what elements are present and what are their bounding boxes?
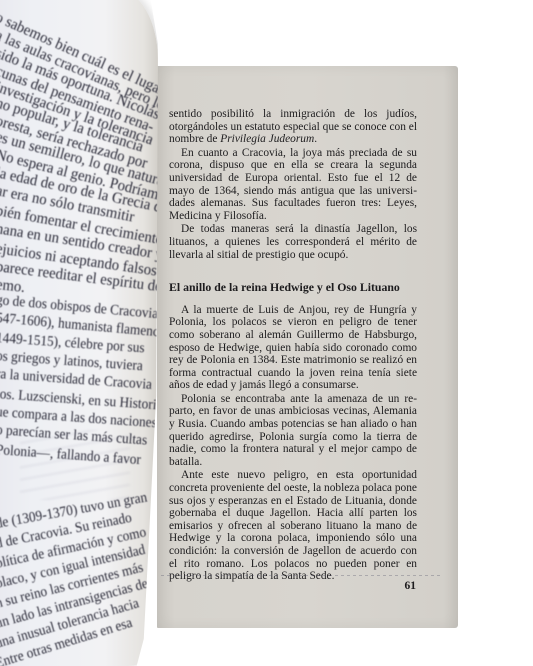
period: . xyxy=(314,133,317,145)
paragraph-cracovia: En cuanto a Cracovia, la joya más precia… xyxy=(169,147,417,223)
section-heading: El anillo de la reina Hedwige y el Oso L… xyxy=(169,281,417,294)
paragraph-luis-de-anjou: A la muerte de Luis de Anjou, rey de Hun… xyxy=(169,304,417,392)
right-page: sentido posibilitó la inmigración de los… xyxy=(157,66,458,628)
left-page-faint-area xyxy=(20,430,130,500)
page-number: 61 xyxy=(405,580,417,592)
paragraph-jagellon-dynasty: De todas maneras será la dinastía Jagell… xyxy=(169,223,417,261)
book-photo: sentido posibilitó la inmigración de los… xyxy=(0,0,533,666)
left-page: o sabemos bien cuál es el lugara las aul… xyxy=(0,0,158,666)
show-through-line xyxy=(161,575,441,576)
paragraph-new-danger: Ante este nuevo peligro, en esta oportun… xyxy=(169,469,417,582)
paragraph-polonia-threat: Polonia se encontraba ante la amenaza de… xyxy=(169,393,417,469)
italic-term: Privilegia Judeorum xyxy=(220,133,314,145)
paragraph-continuation: sentido posibilitó la inmigración de los… xyxy=(169,108,417,146)
right-page-body: sentido posibilitó la inmigración de los… xyxy=(169,108,417,583)
